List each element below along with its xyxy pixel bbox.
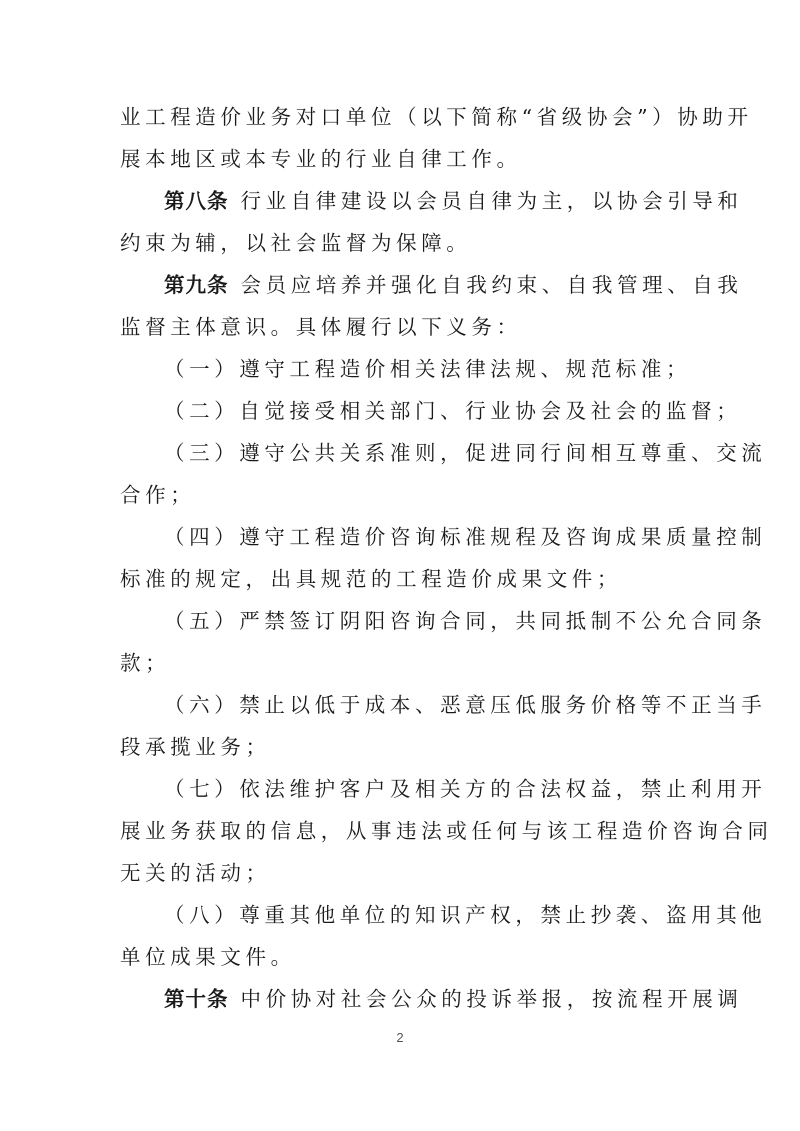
line-text: （六）禁止以低于成本、恶意压低服务价格等不正当手 xyxy=(164,693,766,717)
line-text: 行业自律建设以会员自律为主，以协会引导和 xyxy=(241,189,743,213)
list-item-8: （八）尊重其他单位的知识产权，禁止抄袭、盗用其他 xyxy=(164,900,685,930)
text-line: 段承揽业务； xyxy=(120,732,685,762)
line-text: 中价协对社会公众的投诉举报，按流程开展调 xyxy=(241,987,743,1011)
line-text: 单位成果文件。 xyxy=(120,945,296,969)
article-8-line: 第八条行业自律建设以会员自律为主，以协会引导和 xyxy=(164,186,685,216)
line-text: （八）尊重其他单位的知识产权，禁止抄袭、盗用其他 xyxy=(164,903,766,927)
article-9-line: 第九条会员应培养并强化自我约束、自我管理、自我 xyxy=(164,270,685,300)
article-heading: 第十条 xyxy=(164,987,229,1011)
line-text: 业工程造价业务对口单位（以下简称“省级协会”）协助开 xyxy=(120,105,753,129)
line-text: 段承揽业务； xyxy=(120,735,271,759)
text-line: 展业务获取的信息，从事违法或任何与该工程造价咨询合同 xyxy=(120,816,685,846)
text-line: 合作； xyxy=(120,480,685,510)
list-item-3: （三）遵守公共关系准则，促进同行间相互尊重、交流 xyxy=(164,438,685,468)
line-text: 款； xyxy=(120,651,170,675)
text-line: 约束为辅，以社会监督为保障。 xyxy=(120,228,685,258)
line-text: （七）依法维护客户及相关方的合法权益，禁止利用开 xyxy=(164,777,766,801)
line-text: （一）遵守工程造价相关法律法规、规范标准； xyxy=(164,357,691,381)
text-line: 款； xyxy=(120,648,685,678)
text-line: 业工程造价业务对口单位（以下简称“省级协会”）协助开 xyxy=(120,102,685,132)
list-item-6: （六）禁止以低于成本、恶意压低服务价格等不正当手 xyxy=(164,690,685,720)
line-text: 展本地区或本专业的行业自律工作。 xyxy=(120,147,522,171)
line-text: 展业务获取的信息，从事违法或任何与该工程造价咨询合同 xyxy=(120,819,773,843)
line-text: 约束为辅，以社会监督为保障。 xyxy=(120,231,471,255)
page-number: 2 xyxy=(0,1030,800,1045)
list-item-2: （二）自觉接受相关部门、行业协会及社会的监督； xyxy=(164,396,685,426)
line-text: 会员应培养并强化自我约束、自我管理、自我 xyxy=(241,273,743,297)
text-line: 单位成果文件。 xyxy=(120,942,685,972)
text-line: 监督主体意识。具体履行以下义务： xyxy=(120,312,685,342)
list-item-5: （五）严禁签订阴阳咨询合同，共同抵制不公允合同条 xyxy=(164,606,685,636)
list-item-7: （七）依法维护客户及相关方的合法权益，禁止利用开 xyxy=(164,774,685,804)
list-item-4: （四）遵守工程造价咨询标准规程及咨询成果质量控制 xyxy=(164,522,685,552)
line-text: （五）严禁签订阴阳咨询合同，共同抵制不公允合同条 xyxy=(164,609,766,633)
line-text: （二）自觉接受相关部门、行业协会及社会的监督； xyxy=(164,399,741,423)
article-heading: 第八条 xyxy=(164,189,229,213)
line-text: 合作； xyxy=(120,483,195,507)
line-text: 标准的规定，出具规范的工程造价成果文件； xyxy=(120,567,622,591)
list-item-1: （一）遵守工程造价相关法律法规、规范标准； xyxy=(164,354,685,384)
line-text: （四）遵守工程造价咨询标准规程及咨询成果质量控制 xyxy=(164,525,766,549)
line-text: 监督主体意识。具体履行以下义务： xyxy=(120,315,522,339)
line-text: 无关的活动； xyxy=(120,861,271,885)
text-line: 无关的活动； xyxy=(120,858,685,888)
text-line: 标准的规定，出具规范的工程造价成果文件； xyxy=(120,564,685,594)
text-line: 展本地区或本专业的行业自律工作。 xyxy=(120,144,685,174)
line-text: （三）遵守公共关系准则，促进同行间相互尊重、交流 xyxy=(164,441,766,465)
article-heading: 第九条 xyxy=(164,273,229,297)
document-page: 业工程造价业务对口单位（以下简称“省级协会”）协助开 展本地区或本专业的行业自律… xyxy=(0,0,800,1131)
article-10-line: 第十条中价协对社会公众的投诉举报，按流程开展调 xyxy=(164,984,685,1014)
